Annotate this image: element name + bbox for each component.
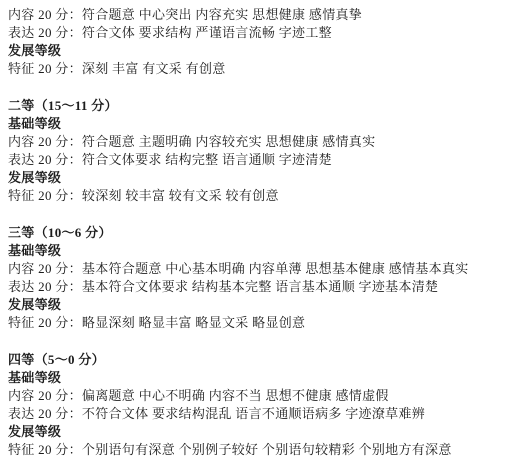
expression-criteria-line: 表达 20 分：符合文体 要求结构 严谨语言流畅 字迹工整 — [8, 24, 511, 42]
grade-heading: 四等（5～0 分） — [8, 351, 511, 369]
grade-heading: 二等（15～11 分） — [8, 97, 511, 115]
feature-criteria-line: 特征 20 分：略显深刻 略显丰富 略显文采 略显创意 — [8, 314, 511, 332]
basic-level-heading: 基础等级 — [8, 242, 511, 260]
basic-level-heading: 基础等级 — [8, 369, 511, 387]
content-criteria-line: 内容 20 分：符合题意 中心突出 内容充实 思想健康 感情真挚 — [8, 6, 511, 24]
expression-criteria-line: 表达 20 分：不符合文体 要求结构混乱 语言不通顺语病多 字迹潦草难辨 — [8, 405, 511, 423]
feature-criteria-line: 特征 20 分：深刻 丰富 有文采 有创意 — [8, 60, 511, 78]
development-level-heading: 发展等级 — [8, 42, 511, 60]
content-criteria-line: 内容 20 分：符合题意 主题明确 内容较充实 思想健康 感情真实 — [8, 133, 511, 151]
expression-criteria-line: 表达 20 分：符合文体要求 结构完整 语言通顺 字迹清楚 — [8, 151, 511, 169]
expression-criteria-line: 表达 20 分：基本符合文体要求 结构基本完整 语言基本通顺 字迹基本清楚 — [8, 278, 511, 296]
essay-grading-rubric-document: 内容 20 分：符合题意 中心突出 内容充实 思想健康 感情真挚 表达 20 分… — [0, 0, 517, 459]
grade-section-four: 四等（5～0 分） 基础等级 内容 20 分：偏离题意 中心不明确 内容不当 思… — [8, 351, 511, 459]
feature-criteria-line: 特征 20 分：个别语句有深意 个别例子较好 个别语句较精彩 个别地方有深意 — [8, 441, 511, 459]
development-level-heading: 发展等级 — [8, 423, 511, 441]
grade-section-three: 三等（10～6 分） 基础等级 内容 20 分：基本符合题意 中心基本明确 内容… — [8, 224, 511, 332]
basic-level-heading: 基础等级 — [8, 115, 511, 133]
development-level-heading: 发展等级 — [8, 169, 511, 187]
grade-section-one: 内容 20 分：符合题意 中心突出 内容充实 思想健康 感情真挚 表达 20 分… — [8, 6, 511, 78]
content-criteria-line: 内容 20 分：基本符合题意 中心基本明确 内容单薄 思想基本健康 感情基本真实 — [8, 260, 511, 278]
content-criteria-line: 内容 20 分：偏离题意 中心不明确 内容不当 思想不健康 感情虚假 — [8, 387, 511, 405]
grade-section-two: 二等（15～11 分） 基础等级 内容 20 分：符合题意 主题明确 内容较充实… — [8, 97, 511, 205]
feature-criteria-line: 特征 20 分：较深刻 较丰富 较有文采 较有创意 — [8, 187, 511, 205]
development-level-heading: 发展等级 — [8, 296, 511, 314]
grade-heading: 三等（10～6 分） — [8, 224, 511, 242]
